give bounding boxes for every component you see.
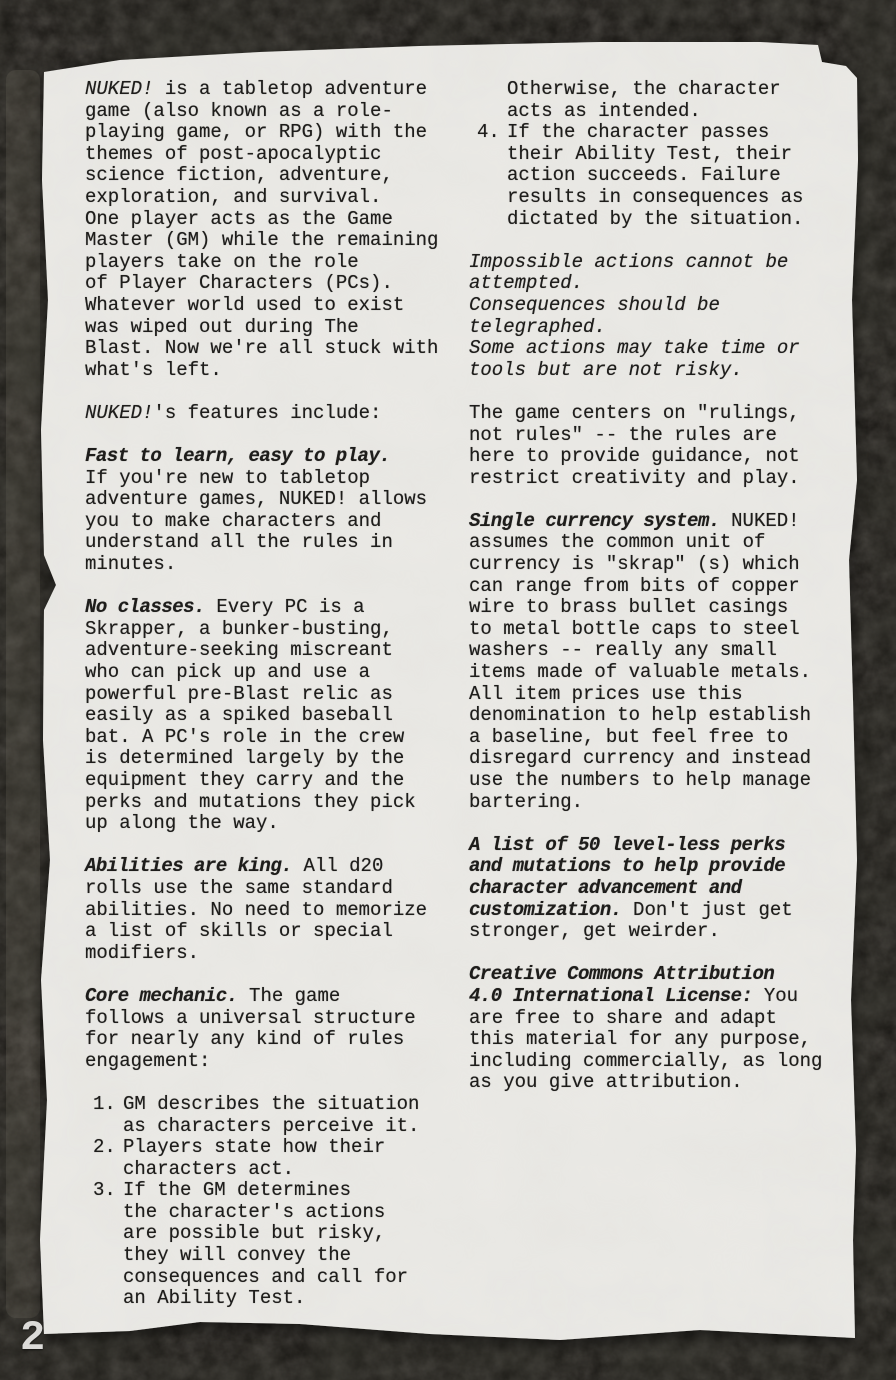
text-run: Single currency system. [469,510,720,532]
text-run: Fast to learn, easy to play. [85,445,390,467]
list-item: 4.If the character passes their Ability … [469,122,831,230]
paragraph: Consequences should be telegraphed. [469,295,831,338]
list-item: 3.If the GM determines the character's a… [85,1180,441,1310]
paragraph: Creative Commons Attribution 4.0 Interna… [469,964,831,1094]
list-item: 1.GM describes the situation as characte… [85,1094,441,1137]
paragraph: Core mechanic. The game follows a univer… [85,986,441,1072]
text-run: If the character passes their Ability Te… [507,121,803,229]
text-run: Otherwise, the character acts as intende… [507,78,781,122]
paragraph: Some actions may take time or tools but … [469,338,831,381]
list-item-text: If the GM determines the character's act… [123,1179,408,1309]
text-run: GM describes the situation as characters… [123,1093,419,1137]
paragraph: Impossible actions cannot be attempted. [469,252,831,295]
list-item-text: GM describes the situation as characters… [123,1093,419,1137]
list-item: Otherwise, the character acts as intende… [469,79,831,122]
paragraph: Single currency system. NUKED! assumes t… [469,511,831,813]
paragraph: NUKED!'s features include: [85,403,441,425]
paragraph: Fast to learn, easy to play. If you're n… [85,446,441,576]
text-run: Consequences should be telegraphed. [469,294,720,338]
text-run: Some actions may take time or tools but … [469,337,800,381]
list-item-text: Otherwise, the character acts as intende… [507,78,781,122]
text-run: Every PC is a Skrapper, a bunker-busting… [85,596,416,834]
text-run: Core mechanic. [85,985,238,1007]
list-item-text: Players state how their characters act. [123,1136,385,1180]
text-run: Creative Commons Attribution 4.0 Interna… [469,963,774,1007]
numbered-list: 1.GM describes the situation as characte… [85,1094,441,1310]
page-number: 2 [20,1314,45,1362]
column-2: Otherwise, the character acts as intende… [469,79,831,1116]
text-run: NUKED! assumes the common unit of curren… [469,510,811,813]
list-item-text: If the character passes their Ability Te… [507,121,803,229]
paragraph: Abilities are king. All d20 rolls use th… [85,856,441,964]
text-run: NUKED! [85,402,153,424]
numbered-list: 4.If the character passes their Ability … [469,122,831,230]
text-run: Players state how their characters act. [123,1136,385,1180]
text-run: Impossible actions cannot be attempted. [469,251,788,295]
text-run: is a tabletop adventure game (also known… [85,78,438,381]
numbered-list: Otherwise, the character acts as intende… [469,79,831,122]
list-number: 1. [93,1094,116,1116]
paragraph: No classes. Every PC is a Skrapper, a bu… [85,597,441,835]
list-item: 2.Players state how their characters act… [85,1137,441,1180]
paragraph: The game centers on "rulings, not rules"… [469,403,831,489]
text-run: 's features include: [153,402,381,424]
text-run: If you're new to tabletop adventure game… [85,467,427,575]
column-1: NUKED! is a tabletop adventure game (als… [85,79,441,1331]
text-run: If the GM determines the character's act… [123,1179,408,1309]
list-number: 4. [477,122,500,144]
text-run: The game centers on "rulings, not rules"… [469,402,800,489]
book-page: NUKED! is a tabletop adventure game (als… [0,0,896,1380]
text-run: No classes. [85,596,205,618]
paragraph: NUKED! is a tabletop adventure game (als… [85,79,441,381]
paragraph: A list of 50 level-less perks and mutati… [469,835,831,943]
text-run: NUKED! [85,78,153,100]
list-number: 2. [93,1137,116,1159]
list-number: 3. [93,1180,116,1202]
text-run: Abilities are king. [85,855,292,877]
